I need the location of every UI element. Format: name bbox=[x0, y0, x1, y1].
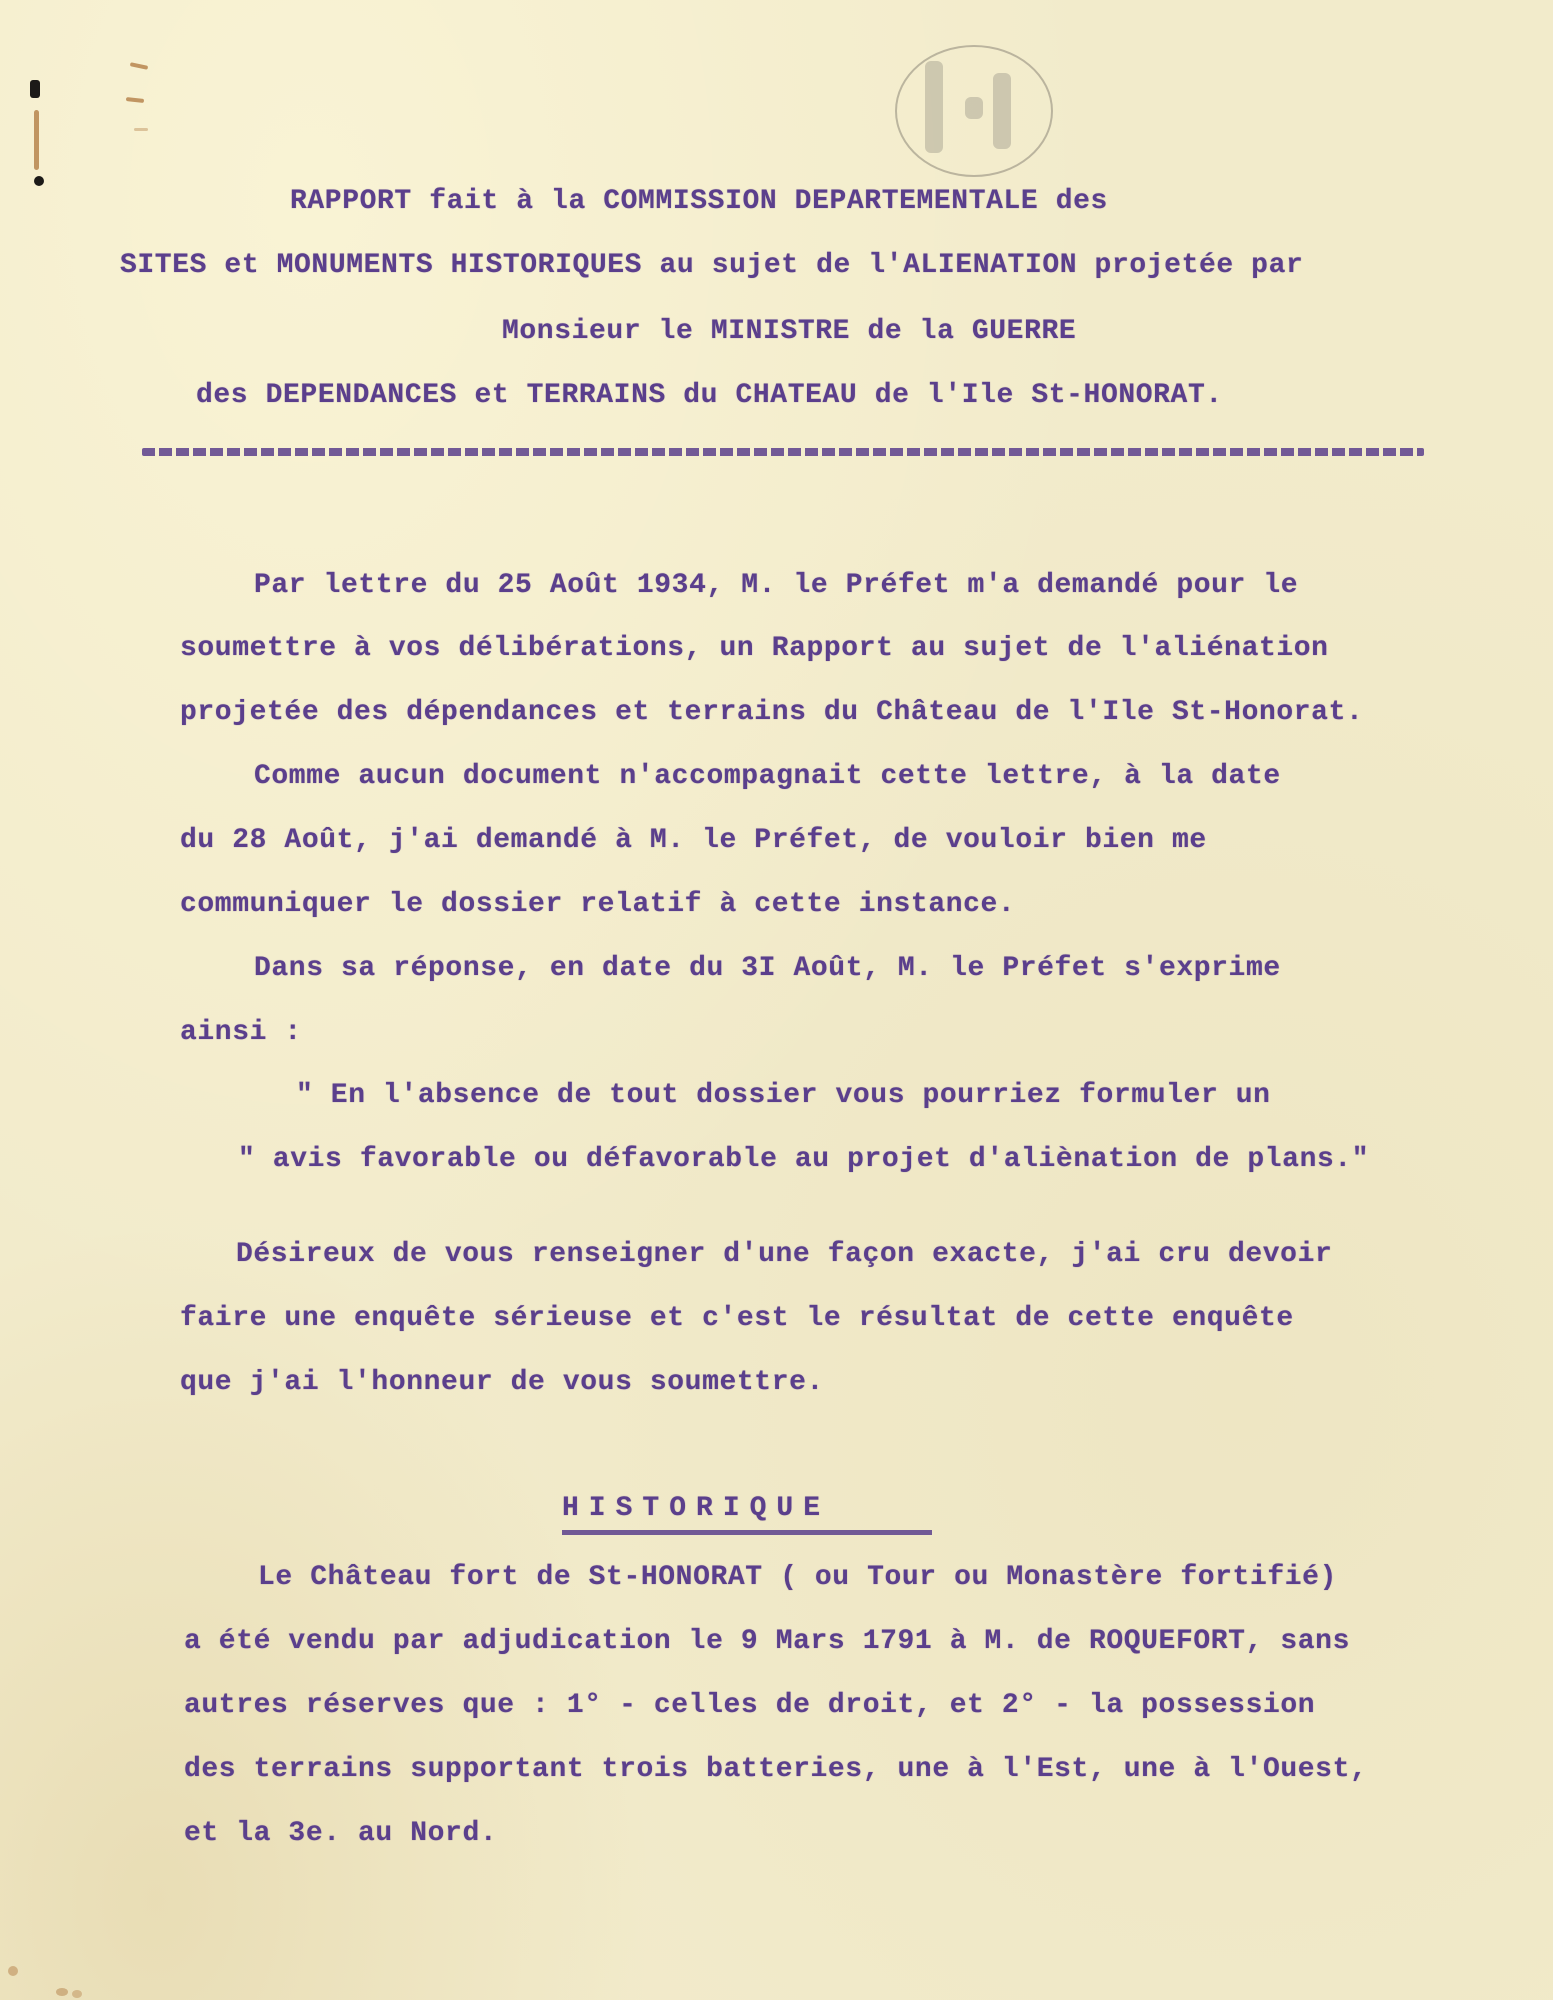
title-line-2: SITES et MONUMENTS HISTORIQUES au sujet … bbox=[120, 250, 1303, 282]
rust-dash-3 bbox=[134, 128, 148, 131]
body-line: Comme aucun document n'accompagnait cett… bbox=[254, 761, 1281, 793]
body-line: communiquer le dossier relatif à cette i… bbox=[180, 889, 1015, 921]
rust-dash-2 bbox=[126, 97, 144, 103]
section-line: autres réserves que : 1° - celles de dro… bbox=[184, 1690, 1315, 1722]
rust-spot bbox=[56, 1988, 68, 1996]
body-line: Par lettre du 25 Août 1934, M. le Préfet… bbox=[254, 570, 1298, 602]
document-page: RAPPORT fait à la COMMISSION DEPARTEMENT… bbox=[0, 0, 1553, 2000]
body-line: projetée des dépendances et terrains du … bbox=[180, 697, 1363, 729]
section-line: a été vendu par adjudication le 9 Mars 1… bbox=[184, 1626, 1350, 1658]
stamp-text-bar bbox=[925, 61, 943, 153]
heading-underline bbox=[562, 1530, 932, 1535]
body-line: du 28 Août, j'ai demandé à M. le Préfet,… bbox=[180, 825, 1207, 857]
body-line: faire une enquête sérieuse et c'est le r… bbox=[180, 1303, 1294, 1335]
section-line: des terrains supportant trois batteries,… bbox=[184, 1754, 1367, 1786]
section-heading: HISTORIQUE bbox=[562, 1493, 830, 1524]
section-line: Le Château fort de St-HONORAT ( ou Tour … bbox=[258, 1562, 1337, 1594]
dashed-separator bbox=[142, 448, 1424, 456]
quote-line: " avis favorable ou défavorable au proje… bbox=[238, 1144, 1369, 1176]
title-line-3: Monsieur le MINISTRE de la GUERRE bbox=[502, 316, 1076, 348]
body-line: ainsi : bbox=[180, 1017, 302, 1049]
title-line-4: des DEPENDANCES et TERRAINS du CHATEAU d… bbox=[196, 380, 1223, 412]
staple-mark-bottom bbox=[34, 176, 44, 186]
title-line-1: RAPPORT fait à la COMMISSION DEPARTEMENT… bbox=[290, 186, 1108, 218]
rust-spot bbox=[8, 1966, 18, 1976]
quote-line: " En l'absence de tout dossier vous pour… bbox=[296, 1080, 1271, 1112]
body-line: que j'ai l'honneur de vous soumettre. bbox=[180, 1367, 824, 1399]
stamp-text-bar bbox=[993, 73, 1011, 149]
staple-mark-top bbox=[30, 80, 40, 98]
body-line: soumettre à vos délibérations, un Rappor… bbox=[180, 633, 1329, 665]
archive-stamp-icon bbox=[895, 45, 1053, 177]
rust-spot bbox=[72, 1990, 82, 1998]
rust-streak bbox=[34, 110, 39, 170]
section-line: et la 3e. au Nord. bbox=[184, 1818, 497, 1850]
body-line: Désireux de vous renseigner d'une façon … bbox=[236, 1239, 1332, 1271]
body-line: Dans sa réponse, en date du 3I Août, M. … bbox=[254, 953, 1281, 985]
rust-dash-1 bbox=[130, 62, 148, 70]
stamp-text-bar bbox=[965, 97, 983, 119]
